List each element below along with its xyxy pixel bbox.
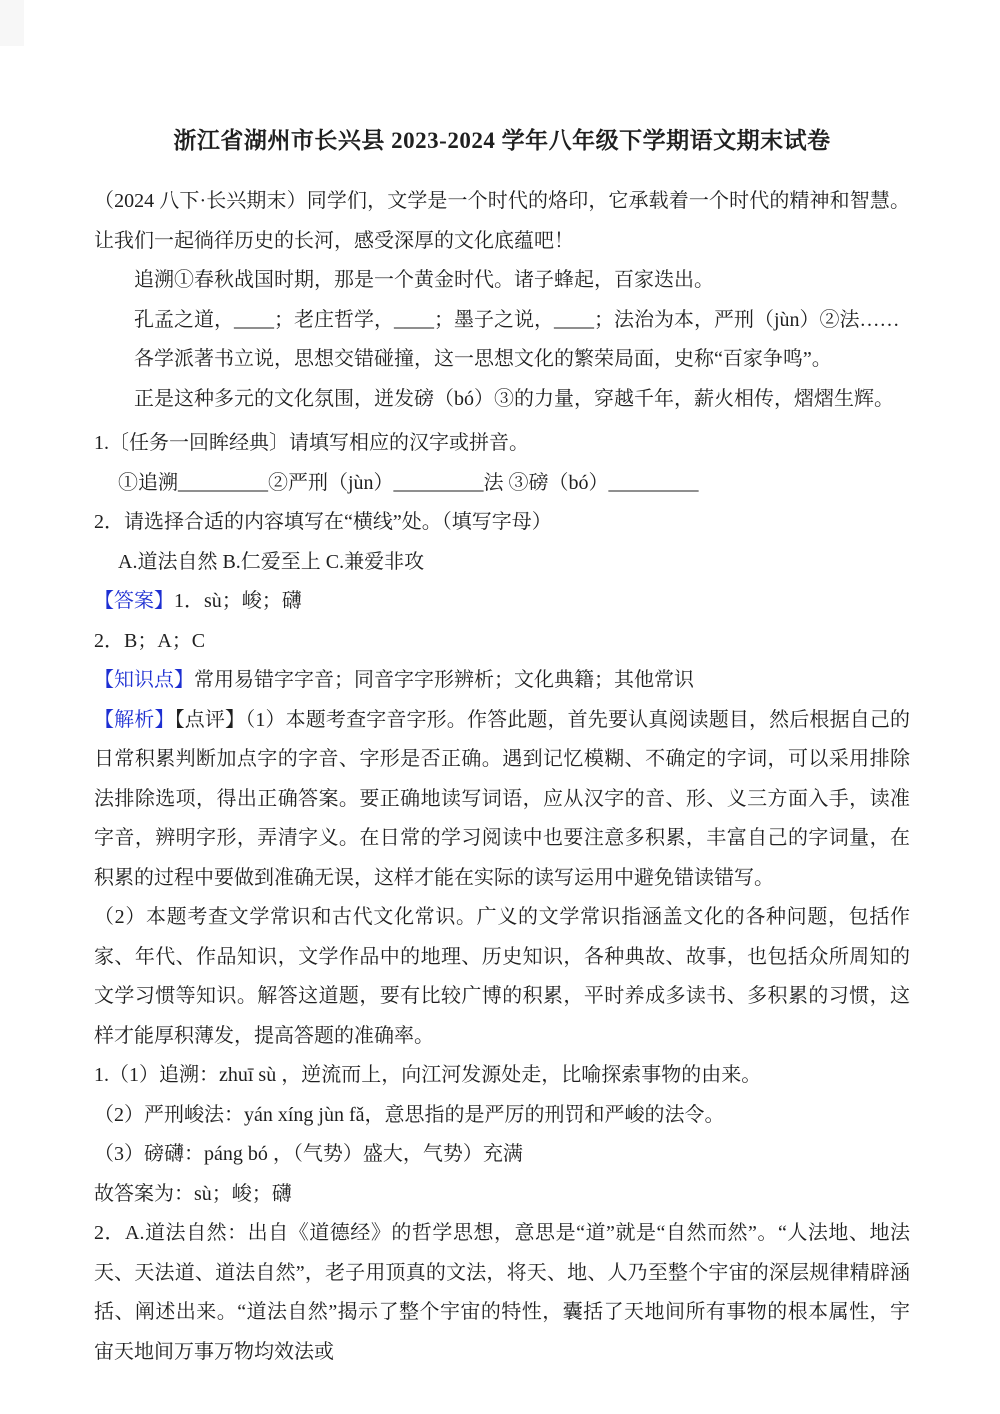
analysis-detail-4: 故答案为：sù；峻；礴 — [94, 1175, 910, 1215]
knowledge-points-text: 常用易错字字音；同音字字形辨析；文化典籍；其他常识 — [194, 669, 694, 691]
analysis-detail-3: （3）磅礴：páng bó ，（气势）盛大，气势）充满 — [94, 1135, 910, 1175]
analysis-detail-1: 1.（1）追溯：zhuī sù ，逆流而上，向江河发源处走，比喻探索事物的由来。 — [94, 1056, 910, 1096]
question-2-options: A.道法自然 B.仁爱至上 C.兼爱非攻 — [94, 543, 910, 583]
answer-text-1: 1．sù；峻；礴 — [174, 590, 302, 612]
answer-line-2: 2．B；A；C — [94, 622, 910, 662]
analysis-detail-2: （2）严刑峻法：yán xíng jùn fǎ，意思指的是严厉的刑罚和严峻的法令… — [94, 1096, 910, 1136]
passage-paragraph-4: 正是这种多元的文化氛围，迸发磅（bó）③的力量，穿越千年，薪火相传，熠熠生辉。 — [94, 380, 910, 420]
question-1-blanks: ①追溯_________②严刑（jùn）_________法 ③磅（bó）___… — [94, 464, 910, 504]
analysis-paragraph-2: （2）本题考查文学常识和古代文化常识。广义的文学常识指涵盖文化的各种问题，包括作… — [94, 898, 910, 1056]
question-1: 1.〔任务一回眸经典〕请填写相应的汉字或拼音。 — [94, 424, 910, 464]
analysis-detail-5: 2．A.道法自然：出自《道德经》的哲学思想，意思是“道”就是“自然而然”。“人法… — [94, 1214, 910, 1372]
analysis-paragraph-1: 【解析】【点评】（1）本题考查字音字形。作答此题，首先要认真阅读题目，然后根据自… — [94, 701, 910, 899]
answer-label: 【答案】 — [94, 590, 174, 612]
passage-intro: （2024 八下·长兴期末）同学们，文学是一个时代的烙印，它承载着一个时代的精神… — [94, 182, 910, 261]
passage-paragraph-2: 孔孟之道，____；老庄哲学，____；墨子之说，____；法治为本，严刑（jù… — [94, 301, 910, 341]
scan-artifact — [0, 0, 24, 46]
exam-title: 浙江省湖州市长兴县 2023-2024 学年八年级下学期语文期末试卷 — [94, 124, 910, 158]
question-2: 2．请选择合适的内容填写在“横线”处。（填写字母） — [94, 503, 910, 543]
knowledge-points-line: 【知识点】常用易错字字音；同音字字形辨析；文化典籍；其他常识 — [94, 661, 910, 701]
analysis-comment-label: 【点评】 — [175, 709, 246, 731]
knowledge-points-label: 【知识点】 — [94, 669, 194, 691]
answer-line-1: 【答案】1．sù；峻；礴 — [94, 582, 910, 622]
exam-document: 浙江省湖州市长兴县 2023-2024 学年八年级下学期语文期末试卷 （2024… — [94, 124, 910, 1372]
analysis-comment-text: （1）本题考查字音字形。作答此题，首先要认真阅读题目，然后根据自己的日常积累判断… — [94, 709, 910, 889]
passage-paragraph-1: 追溯①春秋战国时期，那是一个黄金时代。诸子蜂起，百家迭出。 — [94, 261, 910, 301]
passage-paragraph-3: 各学派著书立说，思想交错碰撞，这一思想文化的繁荣局面，史称“百家争鸣”。 — [94, 340, 910, 380]
analysis-label: 【解析】 — [94, 709, 175, 731]
